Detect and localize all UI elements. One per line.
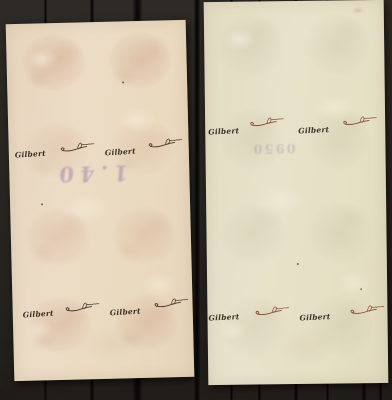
gilbert-expert-mark: Gilbert: [208, 313, 239, 322]
stamp-impression: [100, 26, 179, 106]
flourish-signature-icon: [341, 113, 377, 126]
stamp-impression: [14, 28, 93, 108]
expert-flourish-signature: [58, 137, 94, 151]
expert-flourish-signature: [248, 112, 284, 125]
flourish-signature-icon: [63, 299, 99, 313]
gilbert-expert-mark: Gilbert: [208, 127, 239, 136]
expert-flourish-signature: [63, 297, 99, 311]
gilbert-expert-mark: Gilbert: [298, 126, 329, 135]
flourish-signature-icon: [152, 295, 188, 309]
gilbert-expert-mark: Gilbert: [299, 313, 330, 322]
expert-flourish-signature: [152, 293, 188, 307]
stamp-grid-right: [204, 0, 389, 385]
paper-speck: [297, 263, 299, 265]
expert-flourish-signature: [253, 301, 289, 314]
stamp-impression: [214, 195, 293, 281]
photo-stage: 1.40: [0, 0, 392, 400]
expert-flourish-signature: [146, 133, 182, 147]
stamp-block-left: 1.40: [6, 20, 195, 381]
flourish-signature-icon: [348, 302, 384, 315]
flourish-signature-icon: [146, 135, 182, 149]
paper-speck: [122, 81, 124, 83]
flourish-signature-icon: [59, 139, 95, 153]
flourish-signature-icon: [253, 303, 289, 316]
stamp-impression: [212, 7, 291, 93]
stamp-impression: [18, 203, 97, 283]
stamp-impression: [105, 201, 184, 281]
stamp-block-right: 0950: [204, 0, 389, 385]
stamp-impression: [301, 194, 380, 280]
stamp-grid-left: [6, 20, 195, 381]
paper-speck: [41, 203, 43, 205]
sheet-number-mirrored: 0950: [251, 140, 295, 156]
expert-flourish-signature: [348, 300, 384, 313]
expert-flourish-signature: [341, 111, 377, 124]
stamp-impression: [298, 6, 377, 92]
pencil-value-mirrored: 1.40: [52, 160, 129, 187]
paper-speck: [360, 288, 362, 290]
background-slat-groove: [194, 0, 200, 400]
flourish-signature-icon: [248, 114, 284, 127]
